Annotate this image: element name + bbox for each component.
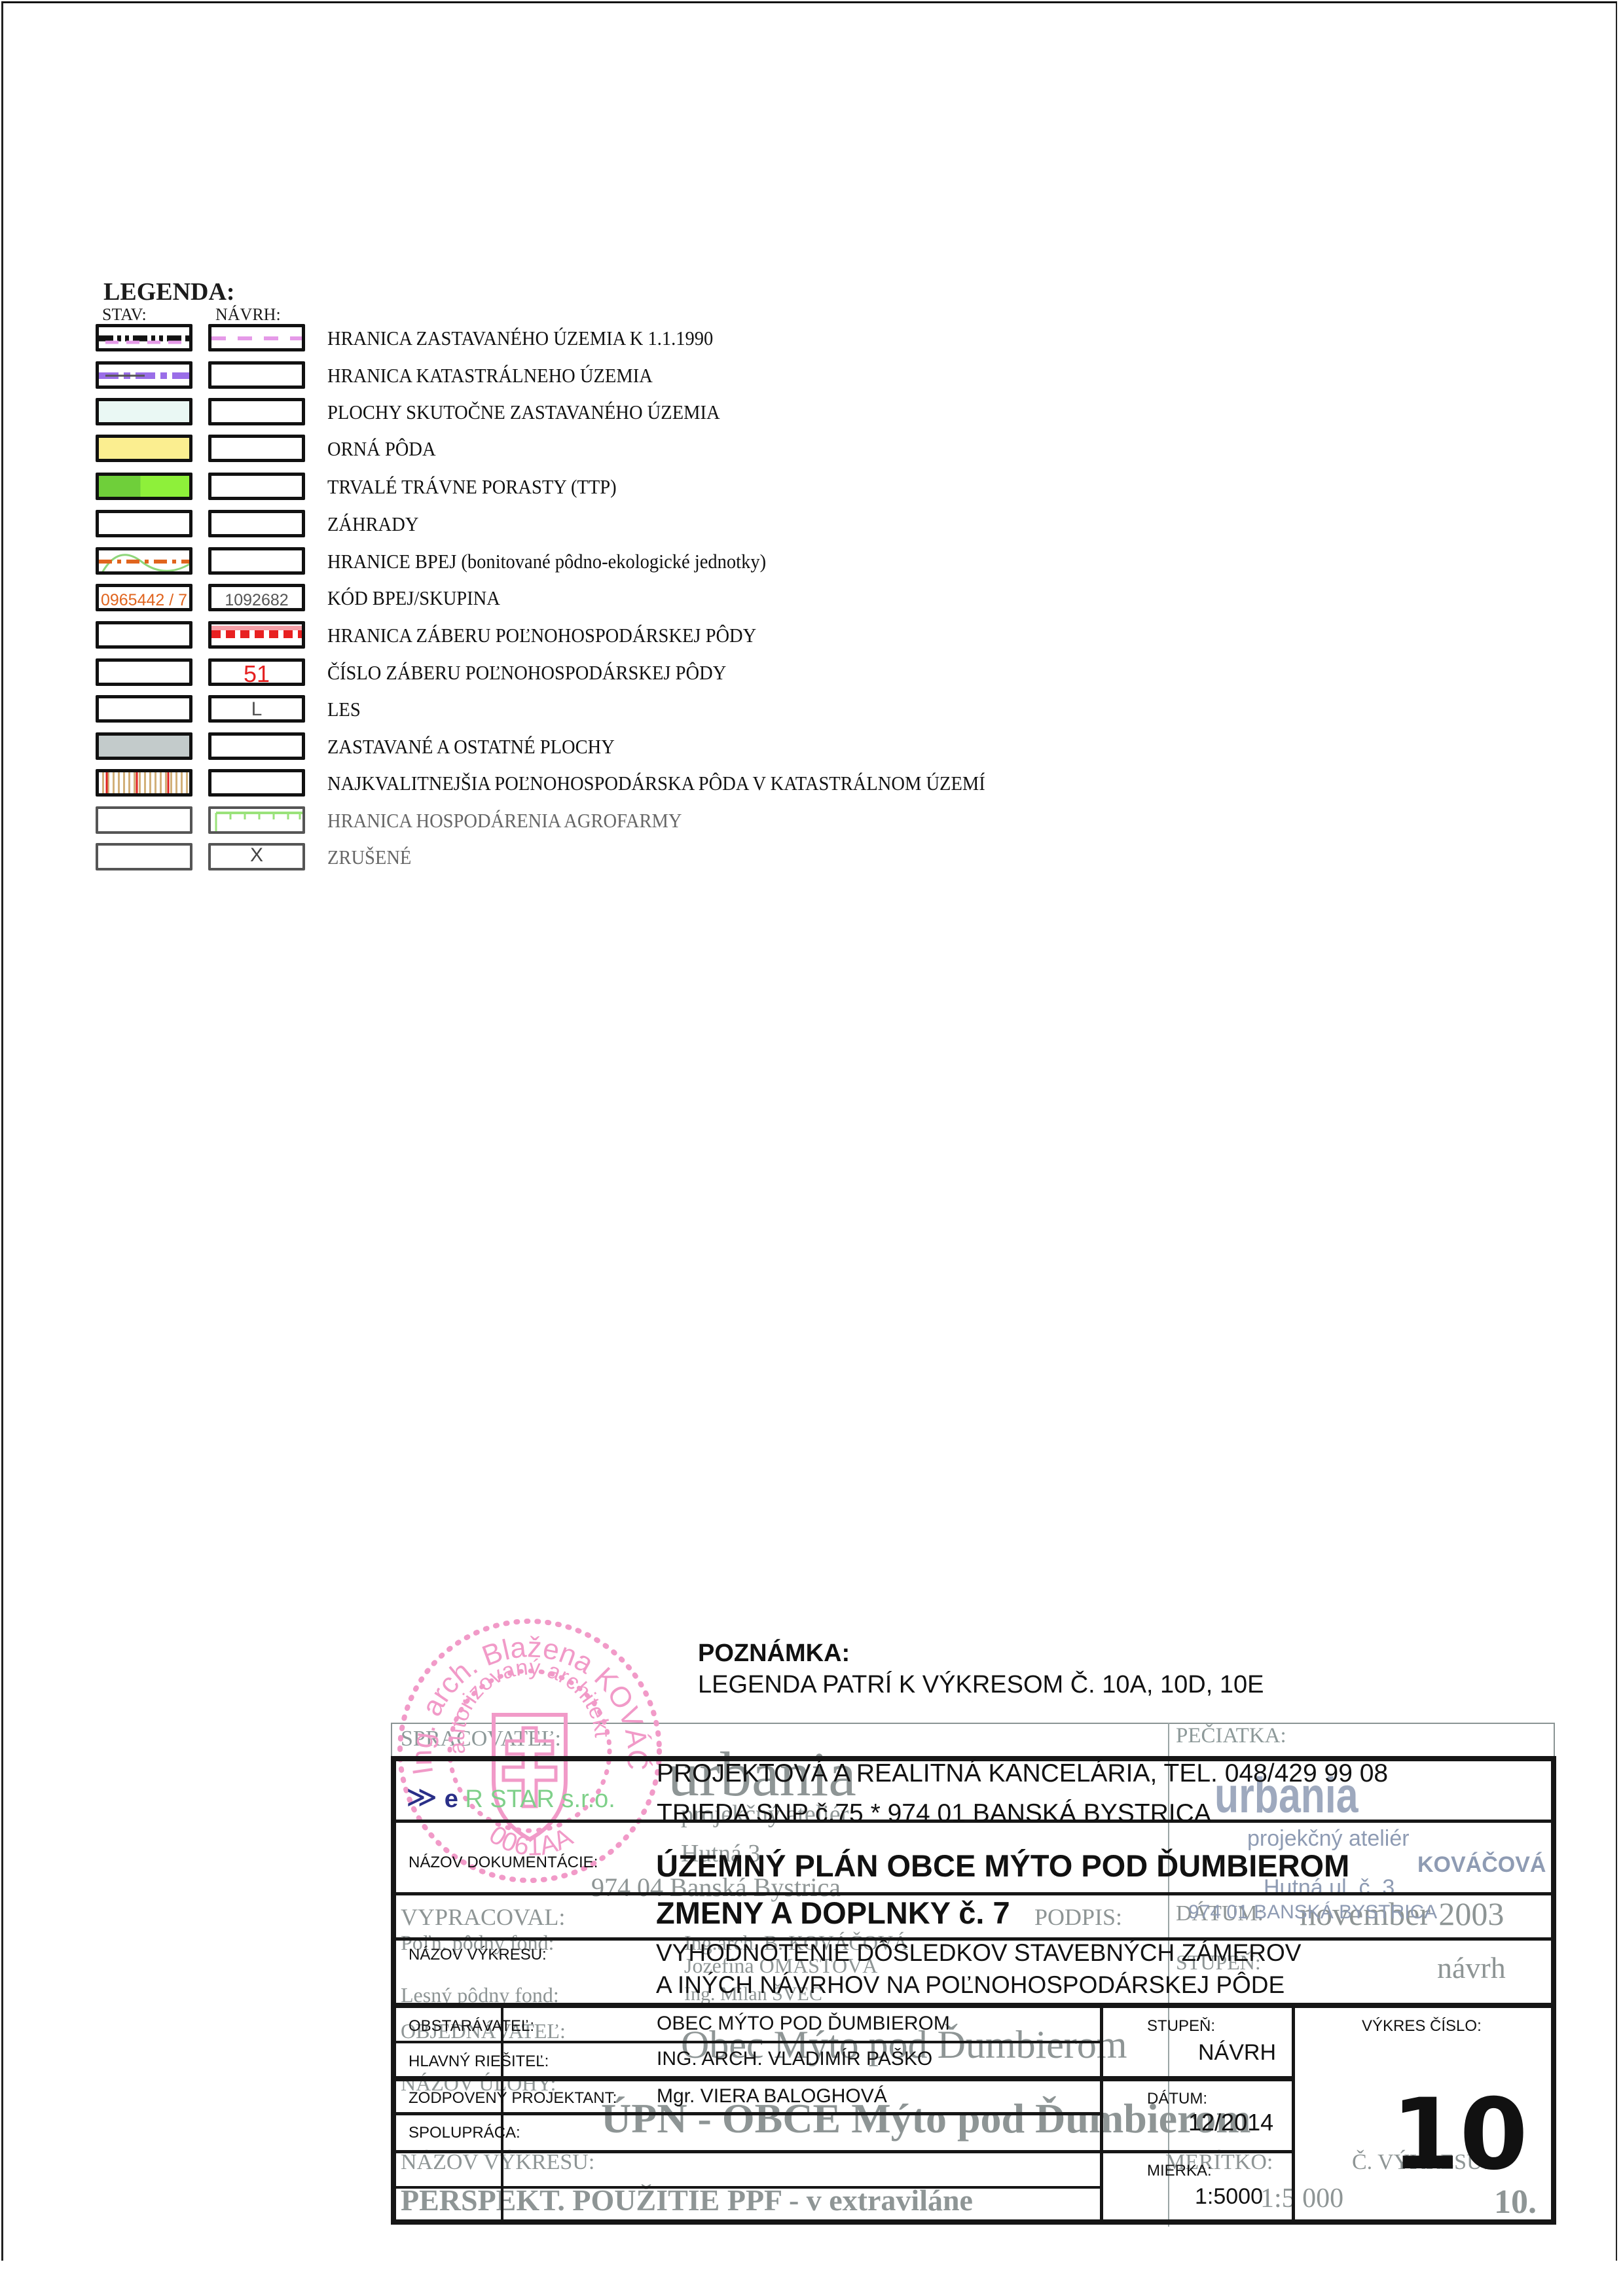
tan-red-stripes-swatch <box>96 769 192 797</box>
empty-swatch <box>208 473 305 500</box>
purple-dash-swatch <box>96 361 192 389</box>
nazov-dokumentacie-label: NÁZOV DOKUMENTÁCIE: <box>409 1854 598 1872</box>
zodpovedny-label: ZODPOVENÝ PROJEKTANT: <box>409 2089 617 2108</box>
company-line1: PROJEKTOVÁ A REALITNÁ KANCELÁRIA, TEL. 0… <box>657 1759 1388 1788</box>
cross-swatch: X <box>208 843 305 870</box>
mint-fill-swatch <box>96 398 192 425</box>
green-comb-swatch <box>208 806 305 834</box>
legend-label: ZÁHRADY <box>327 512 418 536</box>
legend-row: HRANICA HOSPODÁRENIA AGROFARMY <box>96 806 1143 836</box>
legend-row: HRANICA KATASTRÁLNEHO ÚZEMIA <box>96 361 1143 391</box>
tb-divider <box>391 2003 1556 2008</box>
vykres-cislo-value: 10 <box>1391 2078 1528 2192</box>
logo-e: e <box>445 1785 458 1813</box>
legend-row: NAJKVALITNEJŠIA POĽNOHOSPODÁRSKA PÔDA V … <box>96 769 1143 799</box>
legend-row: 51 ČÍSLO ZÁBERU POĽNOHOSPODÁRSKEJ PÔDY <box>96 658 1143 689</box>
empty-swatch <box>96 843 192 870</box>
logo-name: R STAR s.r.o. <box>465 1785 615 1813</box>
obstaravatel-label: OBSTARÁVATEĽ: <box>409 2017 534 2036</box>
legend-label: TRVALÉ TRÁVNE PORASTY (TTP) <box>327 475 617 499</box>
chevron-icon: ≫ <box>406 1780 437 1814</box>
legend-label: HRANICA ZÁBERU POĽNOHOSPODÁRSKEJ PÔDY <box>327 624 756 647</box>
empty-swatch <box>96 658 192 686</box>
hlavny-riesitel-value: ING. ARCH. VLADIMÍR PAŠKO <box>657 2048 932 2070</box>
legend-row: HRANICA ZASTAVANÉHO ÚZEMIA K 1.1.1990 <box>96 324 1143 354</box>
empty-swatch <box>96 621 192 649</box>
legend-label: PLOCHY SKUTOČNE ZASTAVANÉHO ÚZEMIA <box>327 401 720 424</box>
bpej-group: 1092682 <box>211 591 302 610</box>
empty-swatch <box>208 361 305 389</box>
empty-swatch <box>208 547 305 575</box>
datum-label: DÁTUM: <box>1147 2090 1207 2108</box>
legend-label: ZASTAVANÉ A OSTATNÉ PLOCHY <box>327 735 615 759</box>
empty-swatch <box>208 398 305 425</box>
tb-col-divider <box>501 2003 503 2222</box>
mierka-label: MIERKA: <box>1147 2162 1212 2180</box>
pink-dash-swatch <box>208 324 305 351</box>
legend-row: HRANICA ZÁBERU POĽNOHOSPODÁRSKEJ PÔDY <box>96 621 1143 651</box>
zodpovedny-value: Mgr. VIERA BALOGHOVÁ <box>657 2085 887 2108</box>
stupen-label: STUPEŇ: <box>1147 2017 1215 2036</box>
legend-row: TRVALÉ TRÁVNE PORASTY (TTP) <box>96 473 1143 503</box>
empty-swatch <box>96 806 192 834</box>
tb-divider <box>391 2076 1294 2081</box>
legend-label: HRANICA ZASTAVANÉHO ÚZEMIA K 1.1.1990 <box>327 327 713 350</box>
tb-col-divider <box>1292 2003 1295 2222</box>
les-swatch: L <box>208 695 305 723</box>
legend-label: LES <box>327 698 361 721</box>
legend-label: HRANICA KATASTRÁLNEHO ÚZEMIA <box>327 364 653 387</box>
legend-label: KÓD BPEJ/SKUPINA <box>327 586 500 610</box>
legend-row: 0965442 / 7 1092682 KÓD BPEJ/SKUPINA <box>96 584 1143 614</box>
empty-swatch <box>96 695 192 723</box>
green-fill-swatch <box>96 473 192 500</box>
empty-swatch <box>208 510 305 537</box>
zaber-number-swatch: 51 <box>208 658 305 686</box>
tb-divider <box>391 2112 1100 2115</box>
tb-divider <box>391 2150 1294 2153</box>
vykres-cislo-label: VÝKRES ČÍSLO: <box>1362 2017 1482 2036</box>
nazov-dokumentacie-2: ZMENY A DOPLNKY č. 7 <box>656 1895 1010 1931</box>
stamp-inner-text: autorizovaný architekt <box>445 1655 615 1755</box>
gray-fill-swatch <box>96 732 192 760</box>
tb-divider <box>391 2186 1100 2189</box>
stamp-outer-text: Ing. arch. Blažena KOVÁČOVÁ <box>395 1617 655 1777</box>
mierka-value: 1:5000 <box>1195 2184 1263 2210</box>
cross-icon: X <box>211 844 302 867</box>
yellow-fill-swatch <box>96 435 192 462</box>
black-dash-pink-swatch <box>96 324 192 351</box>
legend-row: X ZRUŠENÉ <box>96 843 1143 873</box>
empty-swatch <box>96 510 192 537</box>
spolupraca-label: SPOLUPRÁCA: <box>409 2124 520 2142</box>
empty-swatch <box>208 769 305 797</box>
legend-label: NAJKVALITNEJŠIA POĽNOHOSPODÁRSKA PÔDA V … <box>327 772 985 795</box>
legend-row: ORNÁ PÔDA <box>96 435 1143 465</box>
obstaravatel-value: OBEC MÝTO POD ĎUMBIEROM <box>657 2013 950 2035</box>
legend-title: LEGENDA: <box>103 278 235 306</box>
nazov-dokumentacie-1: ÚZEMNÝ PLÁN OBCE MÝTO POD ĎUMBIEROM <box>656 1848 1349 1884</box>
empty-swatch <box>208 435 305 462</box>
tb-divider <box>391 2041 1100 2043</box>
legend-row: ZÁHRADY <box>96 510 1143 540</box>
note-text: LEGENDA PATRÍ K VÝKRESOM Č. 10A, 10D, 10… <box>698 1671 1264 1699</box>
hlavny-riesitel-label: HLAVNÝ RIEŠITEĽ: <box>409 2053 549 2071</box>
legend-row: PLOCHY SKUTOČNE ZASTAVANÉHO ÚZEMIA <box>96 398 1143 428</box>
svg-text:autorizovaný architekt: autorizovaný architekt <box>445 1655 615 1755</box>
legend-label: ORNÁ PÔDA <box>327 437 436 461</box>
note-heading: POZNÁMKA: <box>698 1640 850 1668</box>
nazov-vykresu-label: NÁZOV VÝKRESU: <box>409 1946 547 1964</box>
legend-row: L LES <box>96 695 1143 725</box>
legend-col-stav: STAV: <box>102 305 147 325</box>
legend-label: ČÍSLO ZÁBERU POĽNOHOSPODÁRSKEJ PÔDY <box>327 661 726 685</box>
legend-row: HRANICE BPEJ (bonitované pôdno-ekologick… <box>96 547 1143 577</box>
red-dash-swatch <box>208 621 305 649</box>
stupen-value: NÁVRH <box>1198 2040 1276 2066</box>
tb-col-divider <box>1100 2003 1103 2222</box>
bpej-code: 0965442 / 7 <box>99 591 189 610</box>
zaber-number: 51 <box>211 660 302 686</box>
legend-col-navrh: NÁVRH: <box>215 305 281 325</box>
peciatka-label: PEČIATKA: <box>1176 1724 1286 1748</box>
datum-value: 12/2014 <box>1188 2109 1273 2136</box>
nazov-vykresu-1: VYHODNOTENIE DÔSLEDKOV STAVEBNÝCH ZÁMERO… <box>656 1939 1301 1967</box>
legend-label: ZRUŠENÉ <box>327 846 411 869</box>
legend-label: HRANICE BPEJ (bonitované pôdno-ekologick… <box>327 550 766 573</box>
les-code: L <box>211 698 302 721</box>
legend-row: ZASTAVANÉ A OSTATNÉ PLOCHY <box>96 732 1143 762</box>
bpej-group-swatch: 1092682 <box>208 584 305 611</box>
bpej-code-swatch: 0965442 / 7 <box>96 584 192 611</box>
company-logo: ≫ e R STAR s.r.o. <box>406 1779 615 1814</box>
orange-dash-green-wave-swatch <box>96 547 192 575</box>
nazov-vykresu-2: A INÝCH NÁVRHOV NA POĽNOHOSPODÁRSKEJ PÔD… <box>656 1971 1285 1999</box>
empty-swatch <box>208 732 305 760</box>
legend-label: HRANICA HOSPODÁRENIA AGROFARMY <box>327 809 682 833</box>
company-line2: TRIEDA SNP č.75 * 974 01 BANSKÁ BYSTRICA <box>657 1799 1211 1828</box>
svg-text:Ing. arch. Blažena KOVÁČOVÁ: Ing. arch. Blažena KOVÁČOVÁ <box>395 1617 655 1777</box>
